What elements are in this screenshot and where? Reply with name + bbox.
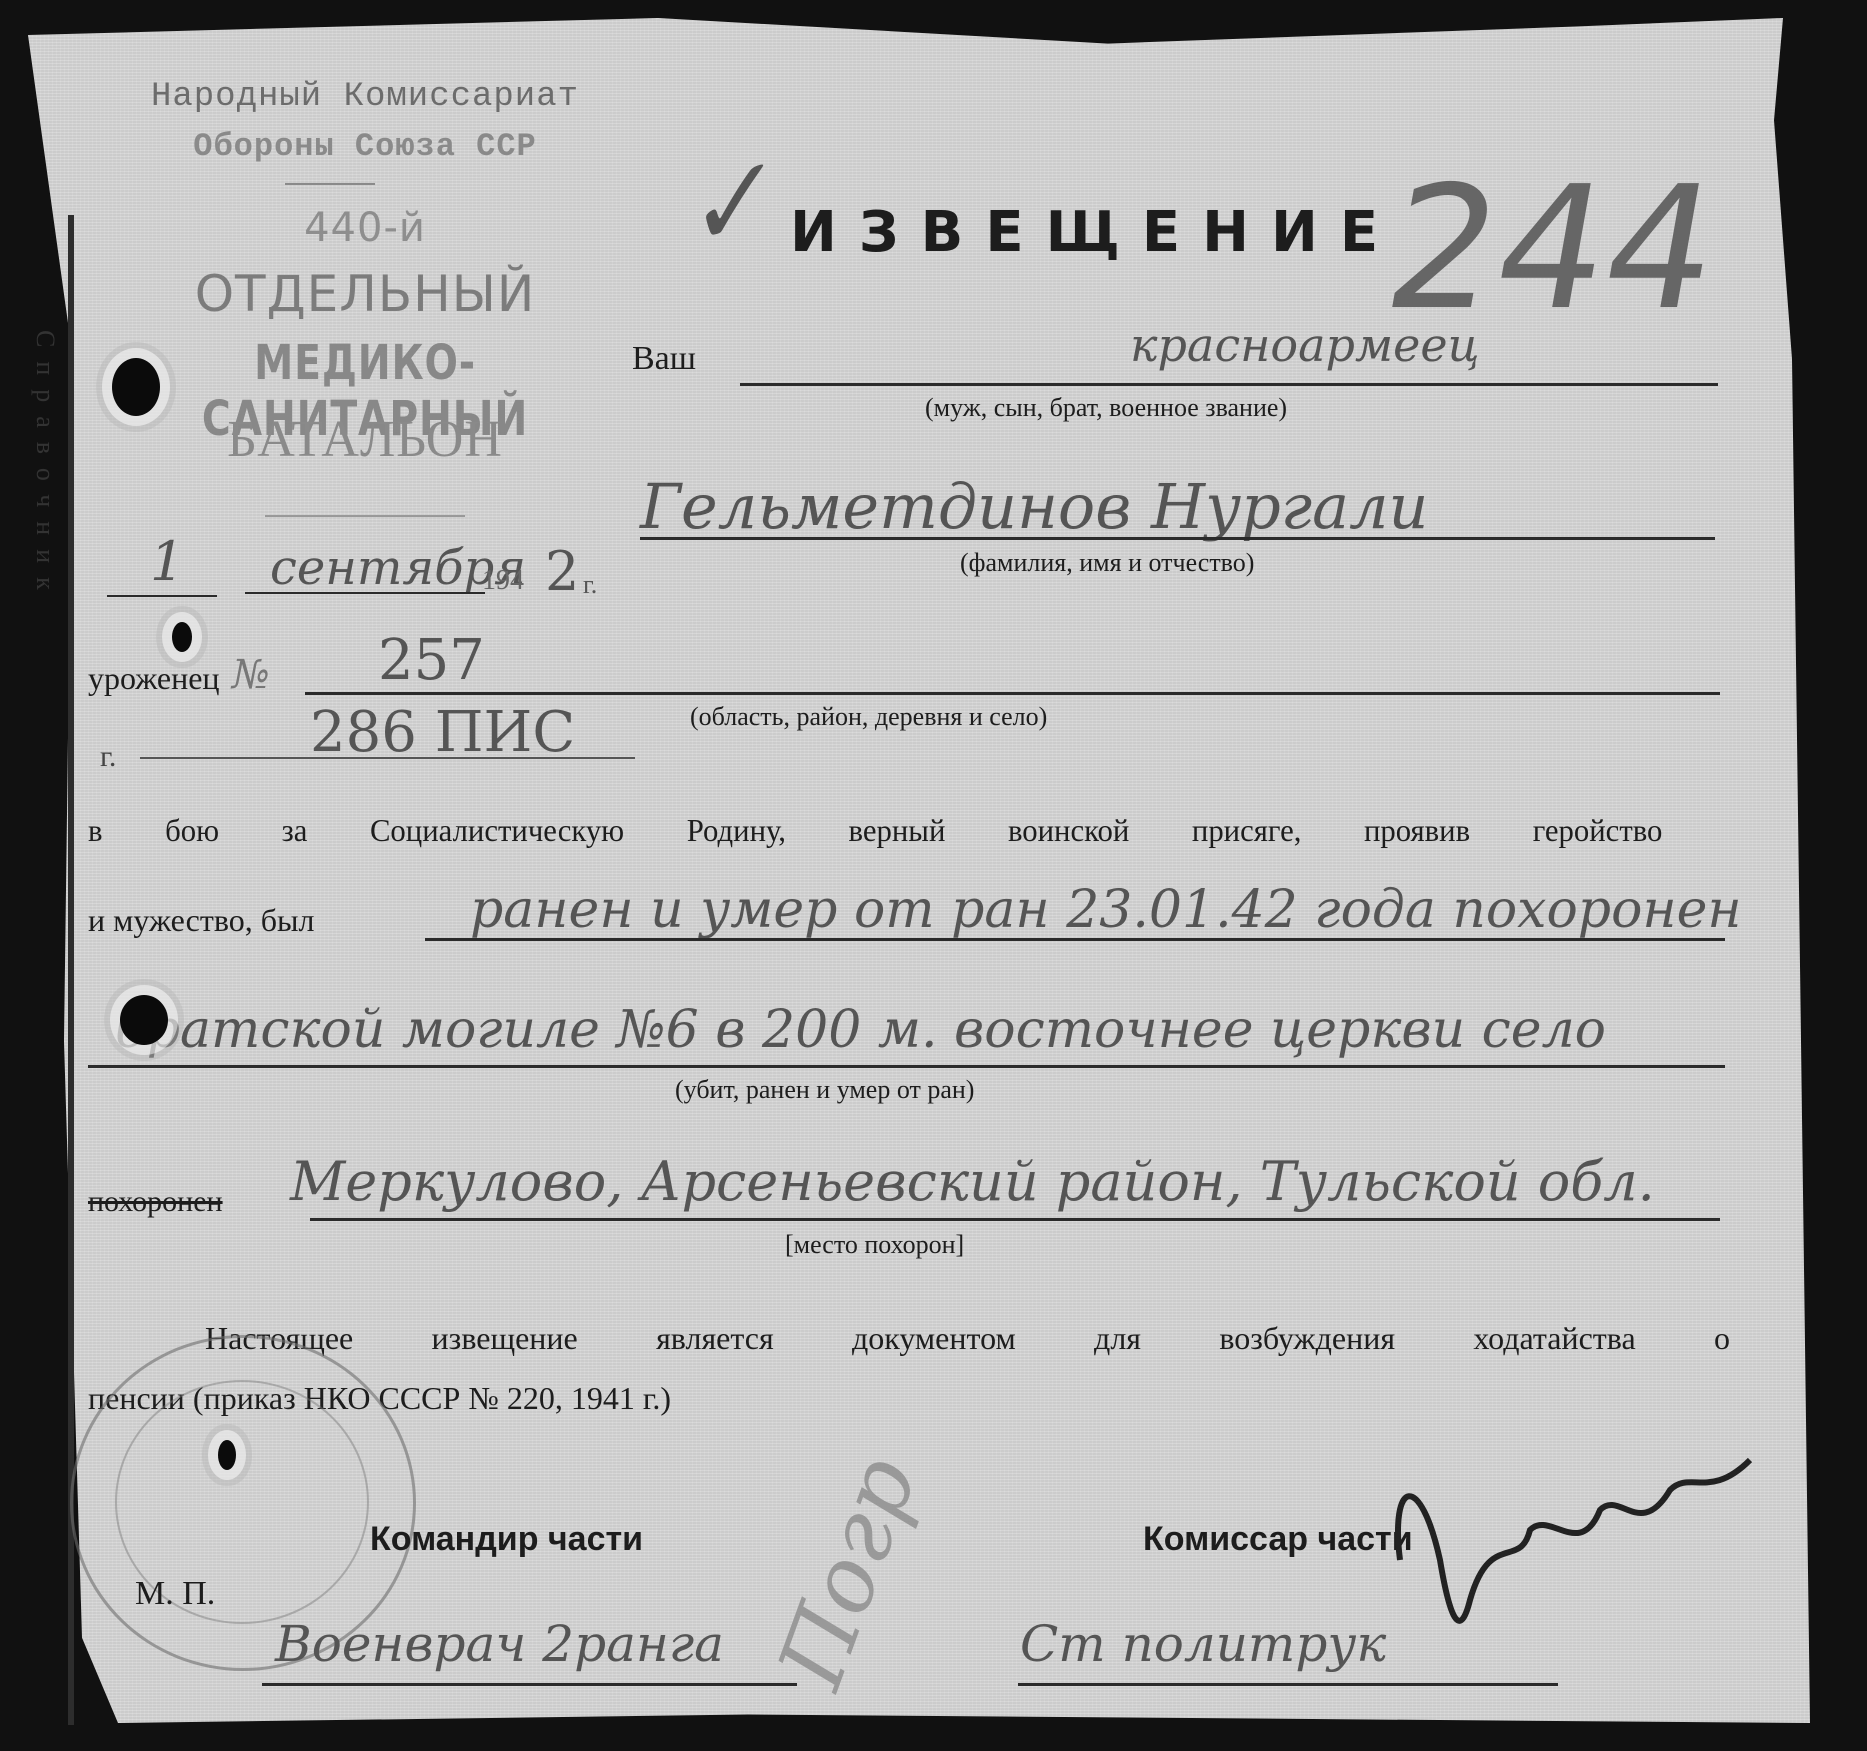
- stamp-divider: [285, 183, 375, 185]
- commander-line: [262, 1683, 797, 1686]
- commissar-signature: [1380, 1440, 1760, 1660]
- bullet-hole: [172, 622, 192, 652]
- side-margin-text: Справочник: [30, 330, 60, 604]
- month-line: [245, 592, 485, 594]
- name-caption: (фамилия, имя и отчество): [960, 548, 1254, 578]
- buried-label: похоронен: [88, 1185, 223, 1219]
- reference-number: 257: [378, 628, 485, 693]
- fate-value-line2: братской могиле №6 в 200 м. восточнее це…: [115, 1000, 1606, 1060]
- born-label: уроженец: [88, 660, 220, 697]
- bullet-hole: [112, 358, 160, 416]
- body-line2-label: и мужество, был: [88, 902, 314, 939]
- year-suffix: 2: [545, 540, 579, 603]
- vash-label: Ваш: [632, 340, 696, 378]
- commissar-label: Комиссар части: [1143, 1520, 1413, 1559]
- born-line: [305, 692, 1720, 695]
- relation-caption: (муж, сын, брат, военное звание): [925, 393, 1287, 423]
- bullet-hole: [218, 1440, 236, 1470]
- body-line1: в бою за Социалистическую Родину, верный…: [88, 812, 1662, 849]
- g-line: [140, 757, 635, 759]
- notice-line1: Настоящее извещение является документом …: [205, 1320, 1730, 1357]
- buried-caption: [место похорон]: [785, 1230, 964, 1260]
- year-prefix: 194: [482, 565, 524, 597]
- commander-label: Командир части: [370, 1520, 643, 1559]
- commissar-line: [1018, 1683, 1558, 1686]
- unit-number: 440-й: [95, 205, 635, 251]
- born-caption: (область, район, деревня и село): [690, 702, 1047, 732]
- reference-value: 286 ПИС: [310, 700, 575, 765]
- fate-line1: [425, 938, 1725, 941]
- day-line: [107, 595, 217, 597]
- unit-line3: БАТАЛЬОН: [95, 410, 635, 469]
- buried-line: [310, 1218, 1720, 1221]
- relation-value: красноармеец: [1130, 318, 1480, 372]
- fate-caption: (убит, ранен и умер от ран): [675, 1075, 974, 1105]
- fate-value-line1: ранен и умер от ран 23.01.42 года похоро…: [470, 880, 1742, 940]
- name-value: Гельметдинов Нургали: [640, 470, 1428, 543]
- unit-line1: ОТДЕЛЬНЫЙ: [95, 265, 635, 323]
- commissariat-line1: Народный Комиссариат: [95, 78, 635, 116]
- name-line: [640, 537, 1715, 540]
- bullet-hole: [120, 995, 168, 1045]
- stamp-underline: [265, 515, 465, 517]
- year-label: г.: [583, 570, 597, 600]
- document-title: ИЗВЕЩЕНИЕ: [790, 200, 1400, 265]
- date-day: 1: [150, 530, 184, 593]
- commissar-rank: Ст политрук: [1020, 1615, 1386, 1673]
- mp-label: М. П.: [135, 1575, 215, 1613]
- commander-rank: Военврач 2ранга: [275, 1615, 724, 1673]
- fate-line2: [88, 1065, 1725, 1068]
- g-label: г.: [100, 740, 116, 774]
- relation-line: [740, 383, 1718, 386]
- commissariat-line2: Обороны Союза ССР: [95, 128, 635, 165]
- number-sign: №: [232, 652, 270, 698]
- buried-value: Меркулово, Арсеньевский район, Тульской …: [290, 1150, 1655, 1213]
